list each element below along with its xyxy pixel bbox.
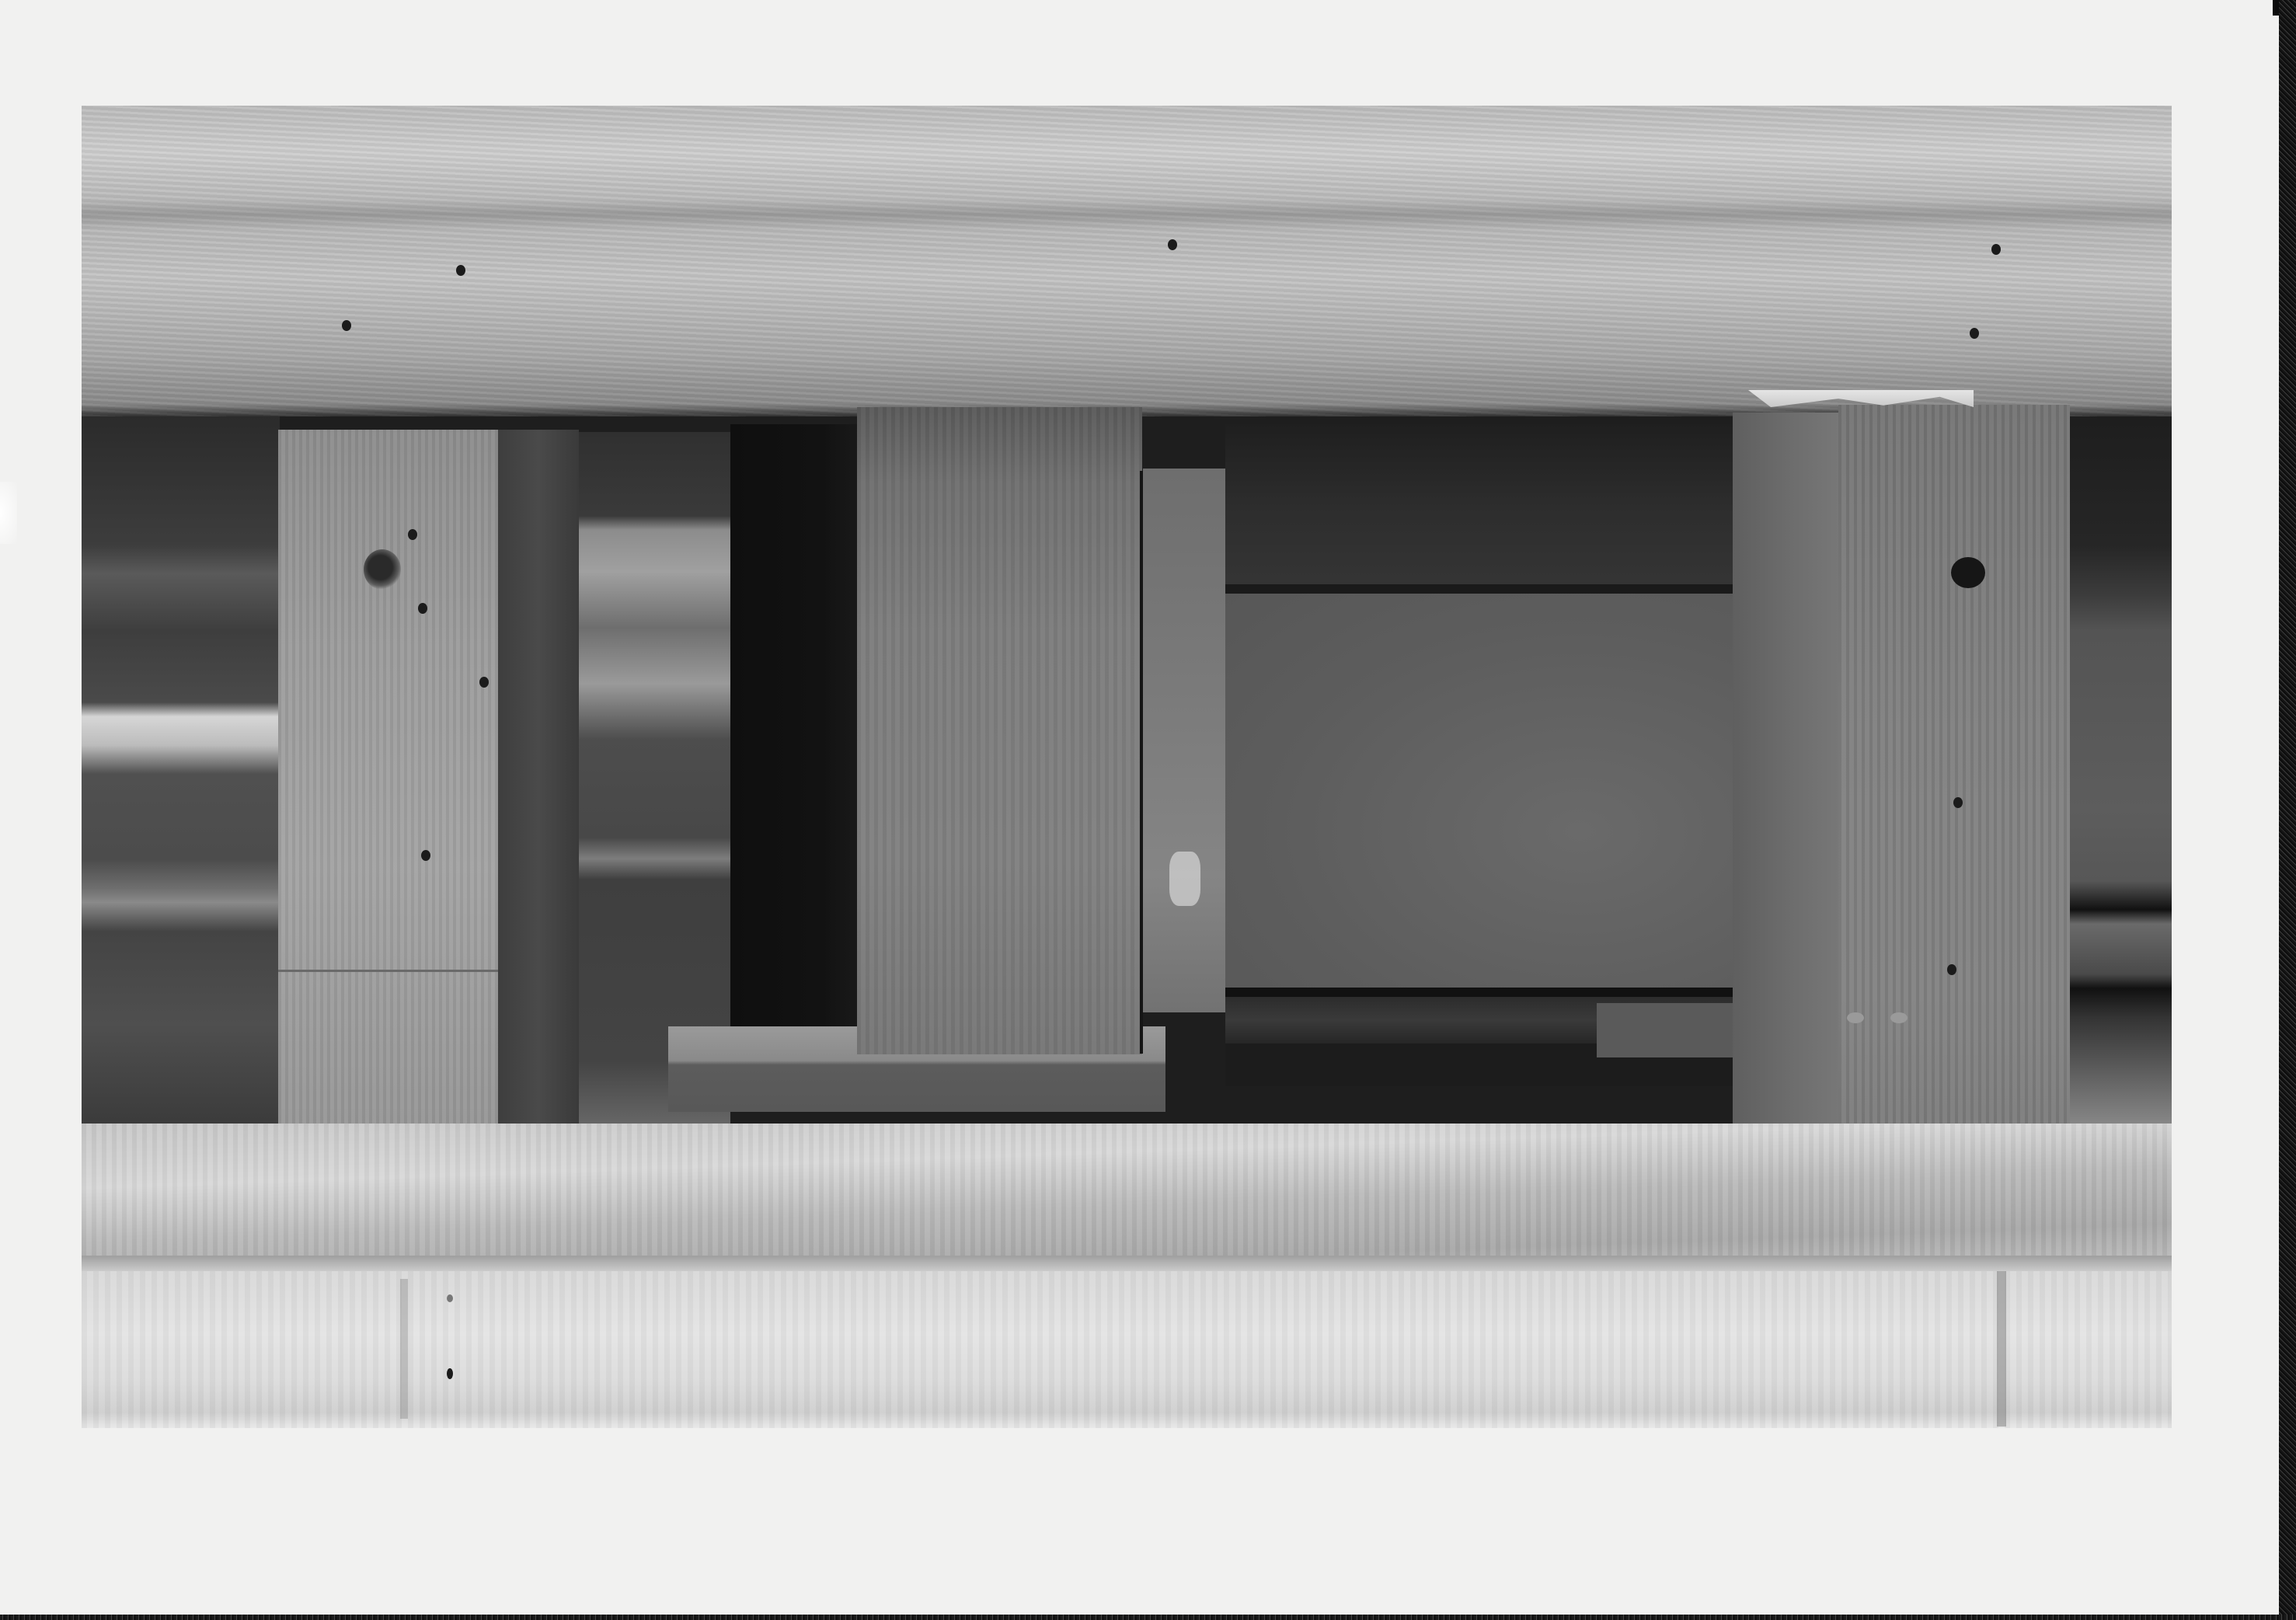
left-post [278,430,498,1160]
gray-panel [1225,594,1816,990]
bored-hole [1951,557,1985,588]
right-post-side [1733,413,1838,1143]
left-post-joint [278,970,498,972]
nail-hole [1991,244,2001,255]
top-beam [82,106,2172,416]
foundation-seam [1997,1271,2006,1427]
nail-hole [342,320,351,331]
nail-hole [456,265,465,276]
upper-shadow-board [1225,424,1816,591]
left-post-side [498,430,579,1152]
nail-hole [421,850,430,861]
right-post [1838,405,2070,1143]
scanner-edge-right [2279,0,2296,1620]
nail-hole [1953,797,1963,808]
nail-hole [418,603,427,614]
left-brick-wall [82,416,280,1131]
paper-glare [0,482,17,544]
central-wood-block [857,407,1142,1054]
board-edge [1225,584,1816,594]
foundation-seam [400,1279,408,1419]
wood-slat [1143,469,1225,1012]
light-patch [1169,852,1200,906]
nail-hole [479,677,489,688]
nail-hole [1947,964,1956,975]
nail-hole [1970,328,1979,339]
nail-hole [447,1368,453,1379]
panel-gap [1225,988,1816,997]
lower-sill-beam [82,1124,2172,1267]
nail-hole [1168,239,1177,250]
top-beam-grain [82,199,2172,230]
crawlspace-opening [730,424,862,1100]
nail-hole [447,1294,453,1302]
sill-shadow [82,1256,2172,1273]
bolt-head [1847,1012,1864,1023]
right-wall [2070,416,2172,1131]
scanner-edge-bottom [0,1615,2296,1620]
nail-hole [408,529,417,540]
bored-hole [364,549,401,590]
foundation-beam [82,1271,2172,1428]
bolt-head [1890,1012,1908,1023]
photograph [82,106,2172,1428]
